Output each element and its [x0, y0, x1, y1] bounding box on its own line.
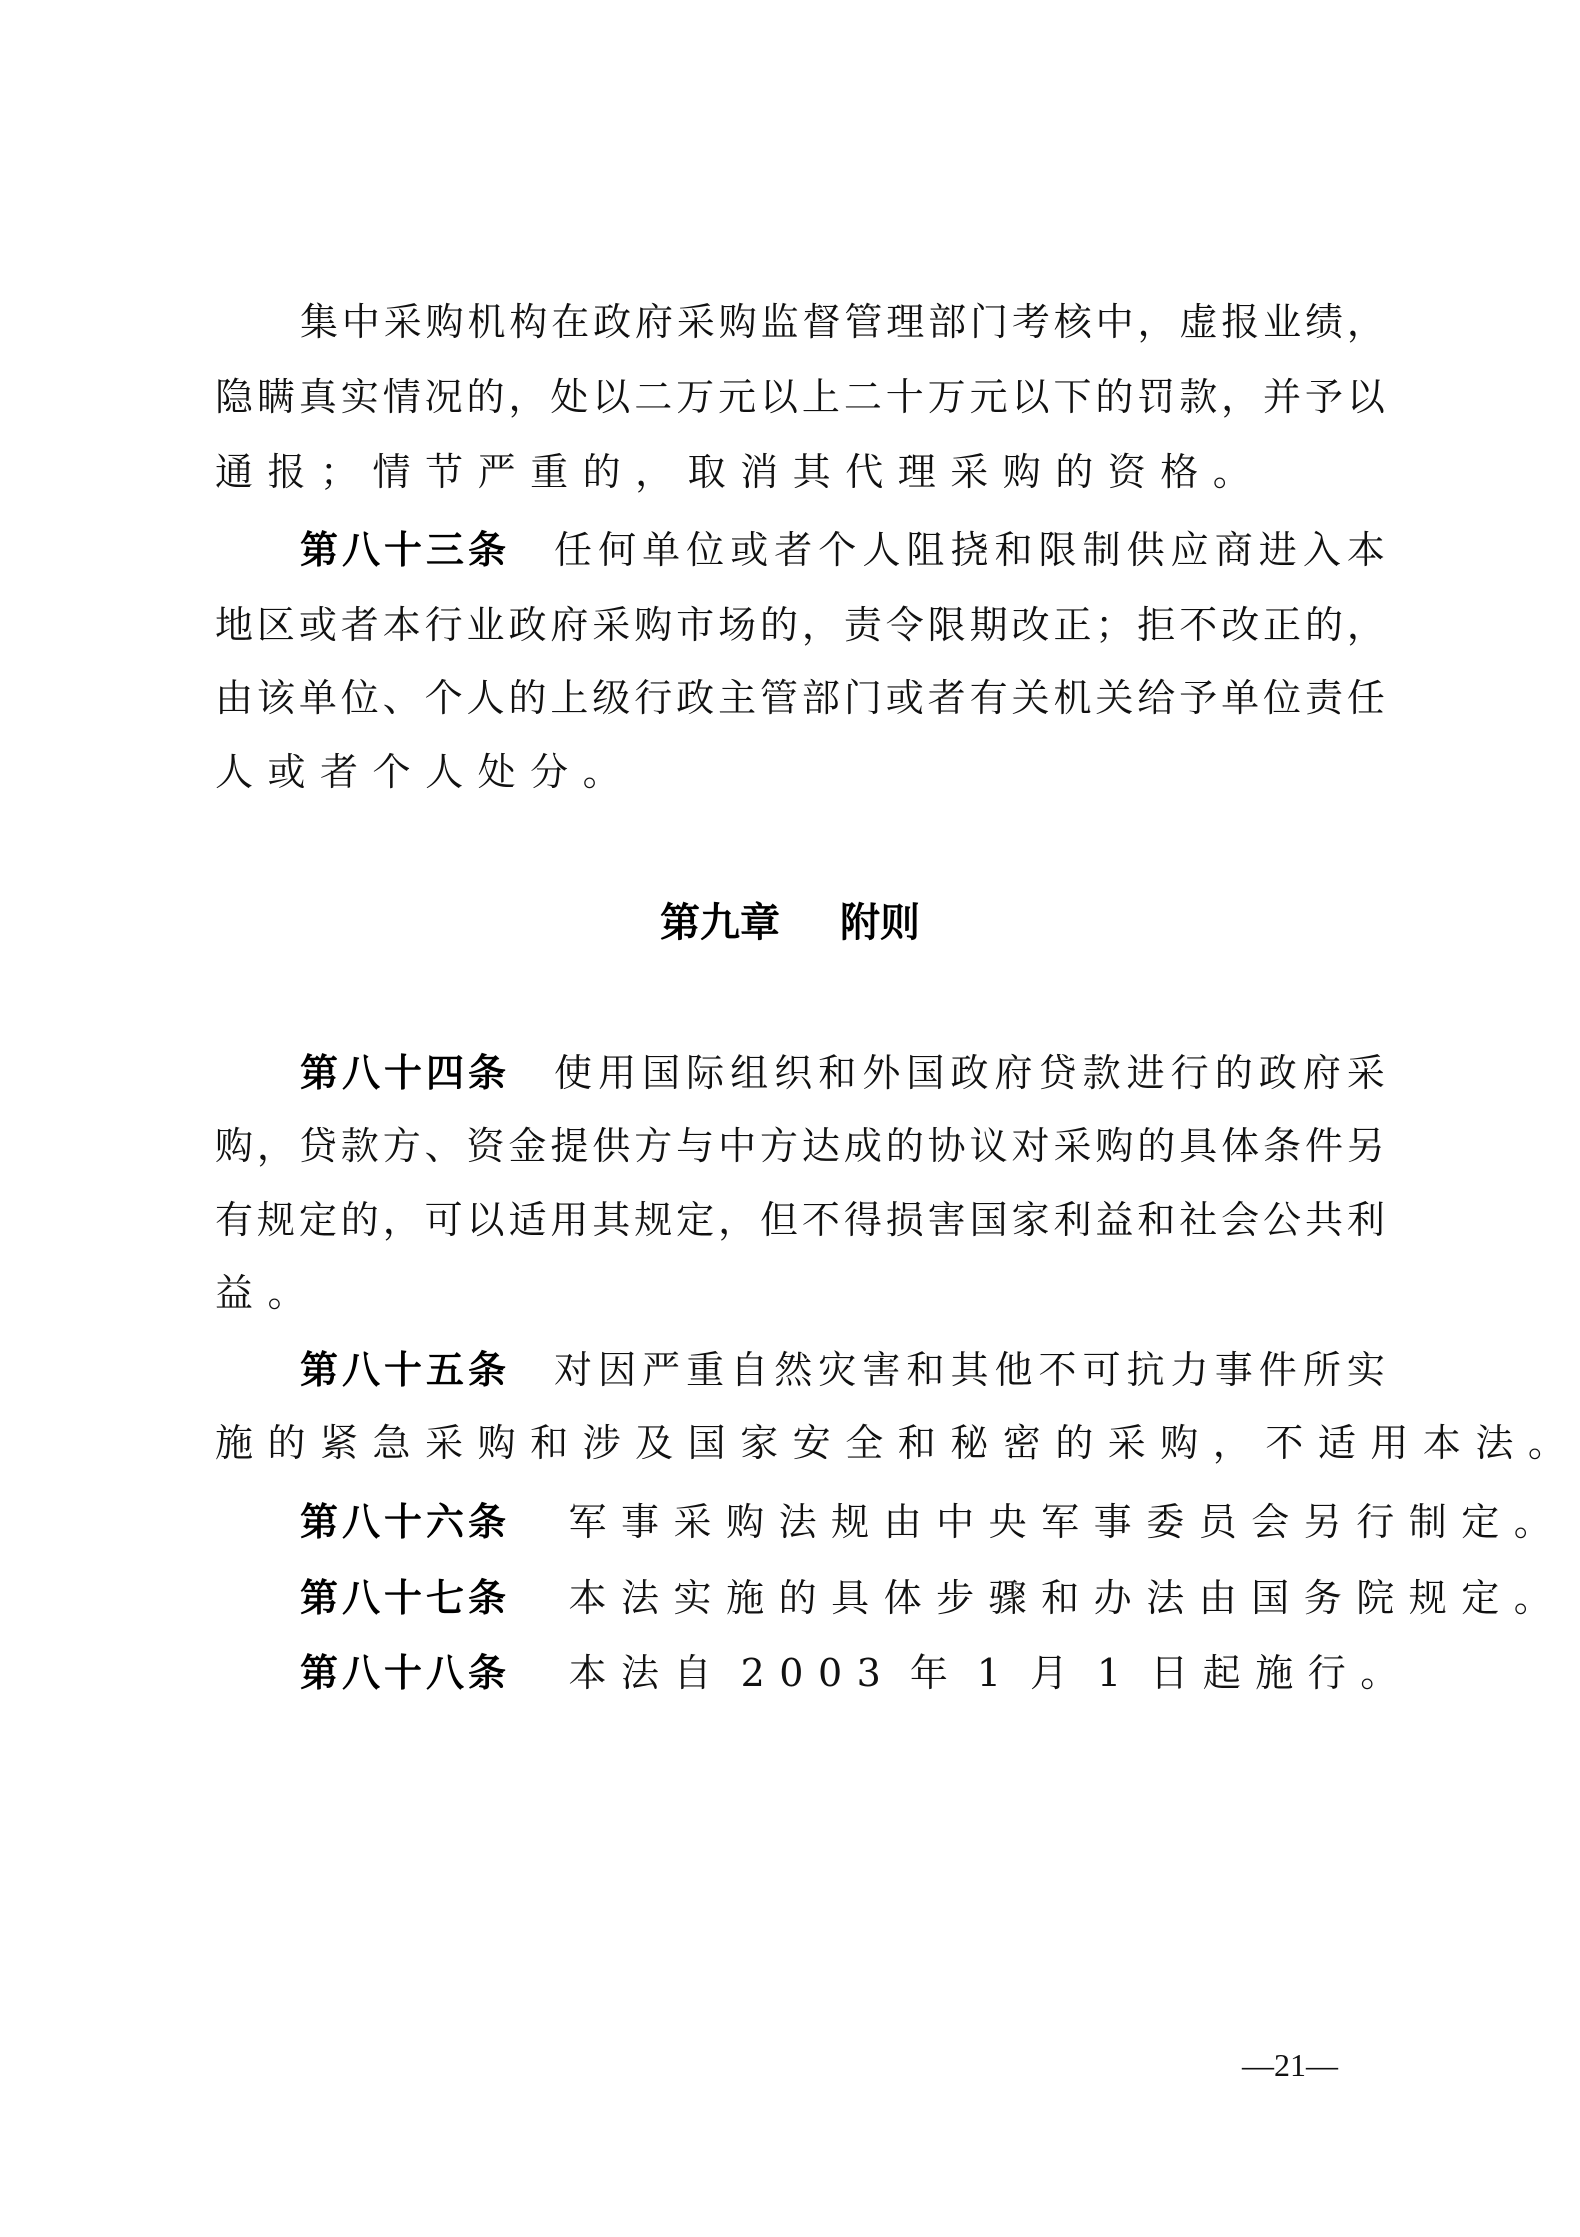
article-87-label: 第八十七条 — [300, 1573, 510, 1623]
article-85-first-line: 第八十五条 对因严重自然灾害和其他不可抗力事件所实 — [300, 1345, 1385, 1395]
chapter-title: 附则 — [840, 900, 920, 946]
paragraph-line: 地区或者本行业政府采购市场的，责令限期改正；拒不改正的， — [215, 600, 1385, 650]
paragraph-line: 通报；情节严重的，取消其代理采购的资格。 — [215, 447, 1385, 497]
article-text: 军事采购法规由中央军事委员会另行制定。 — [569, 1497, 1552, 1547]
article-86-line: 第八十六条 军事采购法规由中央军事委员会另行制定。 — [300, 1497, 1385, 1547]
paragraph-line: 由该单位、个人的上级行政主管部门或者有关机关给予单位责任 — [215, 673, 1385, 723]
article-text: 本法实施的具体步骤和办法由国务院规定。 — [569, 1573, 1552, 1623]
paragraph-line: 集中采购机构在政府采购监督管理部门考核中，虚报业绩， — [300, 297, 1385, 347]
chapter-number: 第九章 — [660, 900, 780, 946]
article-83-first-line: 第八十三条 任何单位或者个人阻挠和限制供应商进入本 — [300, 525, 1385, 575]
paragraph-line: 人或者个人处分。 — [215, 747, 1385, 797]
article-text: 任何单位或者个人阻挠和限制供应商进入本 — [554, 525, 1385, 575]
document-page: 集中采购机构在政府采购监督管理部门考核中，虚报业绩， 隐瞒真实情况的，处以二万元… — [0, 0, 1580, 2237]
page-number: —21— — [1234, 2045, 1346, 2085]
article-83-label: 第八十三条 — [300, 525, 510, 575]
article-84-label: 第八十四条 — [300, 1048, 510, 1098]
article-text: 本法自 2003 年 1 月 1 日起施行。 — [569, 1648, 1399, 1698]
chapter-heading: 第九章附则 — [0, 898, 1580, 948]
article-85-label: 第八十五条 — [300, 1345, 510, 1395]
article-text: 对因严重自然灾害和其他不可抗力事件所实 — [554, 1345, 1385, 1395]
paragraph-line: 益。 — [215, 1268, 1385, 1318]
paragraph-line: 购，贷款方、资金提供方与中方达成的协议对采购的具体条件另 — [215, 1121, 1385, 1171]
article-86-label: 第八十六条 — [300, 1497, 510, 1547]
article-88-line: 第八十八条 本法自 2003 年 1 月 1 日起施行。 — [300, 1648, 1385, 1698]
article-88-label: 第八十八条 — [300, 1648, 510, 1698]
article-text: 使用国际组织和外国政府贷款进行的政府采 — [554, 1048, 1385, 1098]
paragraph-line: 隐瞒真实情况的，处以二万元以上二十万元以下的罚款，并予以 — [215, 372, 1385, 422]
paragraph-line: 施的紧急采购和涉及国家安全和秘密的采购，不适用本法。 — [215, 1418, 1385, 1468]
article-84-first-line: 第八十四条 使用国际组织和外国政府贷款进行的政府采 — [300, 1048, 1385, 1098]
paragraph-line: 有规定的，可以适用其规定，但不得损害国家利益和社会公共利 — [215, 1195, 1385, 1245]
article-87-line: 第八十七条 本法实施的具体步骤和办法由国务院规定。 — [300, 1573, 1385, 1623]
